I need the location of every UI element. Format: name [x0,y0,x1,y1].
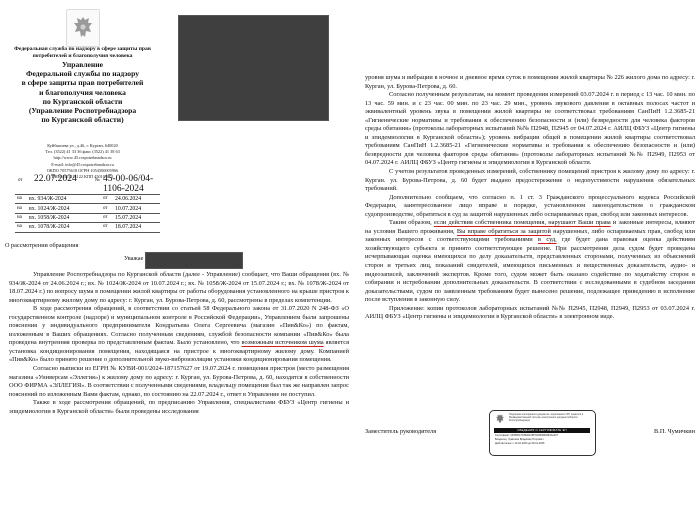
paragraph: В ходе рассмотрения обращений, в соответ… [9,305,349,365]
number-label: № [95,178,100,183]
coat-of-arms-icon [495,413,505,425]
letter-body-left: Управление Роспотребнадзора по Курганско… [9,271,349,416]
paragraph: Управление Роспотребнадзора по Курганско… [9,271,349,305]
signatory-name: В.П. Чумичкин [654,428,695,435]
redacted-recipient-block [178,15,329,121]
incoming-from-label: от [101,223,113,232]
org-line: (Управление Роспотребнадзора [5,106,160,115]
incoming-ref: вх. 1058/Ж-2024 [27,213,101,222]
incoming-references: на вх. 934/Ж-2024 от 24.06.2024 на вх. 1… [15,194,160,233]
incoming-from-label: от [101,204,113,213]
incoming-row: на вх. 1024/Ж-2024 от 10.07.2024 [15,204,160,213]
signature-block: Заместитель руководителя Подлинник элект… [365,405,695,457]
letter-body-right: уровня шума и вибрации в ночное и дневно… [365,74,695,322]
org-line: Федеральной службы по надзору [5,69,160,78]
paragraph: уровня шума и вибрации в ночное и дневно… [365,74,695,91]
paragraph: Приложение: копии протоколов лабораторны… [365,305,695,322]
org-line: в сфере защиты прав потребителей [5,78,160,87]
incoming-row: на вх. 1078/Ж-2024 от 18.07.2024 [15,223,160,232]
paragraph: Согласно полученным результатам, на моме… [365,91,695,168]
underlined-phrase: если действия собственника помещения, на… [434,219,611,226]
outgoing-number: 45-00-06/04-1106-2024 [103,174,160,194]
incoming-prefix: на [15,223,27,232]
outgoing-date: 22.07.2024 [34,174,77,184]
date-label: от [18,178,23,183]
paragraph: Также в ходе рассмотрения обращений, по … [9,399,349,416]
sender-organization: Федеральная служба по надзору в сфере за… [5,46,160,124]
text-run: где будет дана правовая оценка действиям… [365,236,695,303]
incoming-date: 15.07.2024 [113,213,160,222]
incoming-row: на вх. 1058/Ж-2024 от 15.07.2024 [15,213,160,222]
coat-of-arms-icon [66,9,100,47]
underlined-phrase: в суд, [538,236,557,243]
incoming-date: 24.06.2024 [113,195,160,204]
incoming-from-label: от [101,195,113,204]
text-run: Таким образом, [389,219,434,226]
signatory-title: Заместитель руководителя [365,428,436,435]
letter-page-right: уровня шума и вибрации в ночное и дневно… [350,0,700,512]
org-line: по Курганской области [5,97,160,106]
certificate-validity: Действителен: с 19-10-2023 до 08-01-2025 [495,442,591,446]
stamp-certificate-bar: СВЕДЕНИЯ О СЕРТИФИКАТЕ ЭП [494,428,590,433]
incoming-prefix: на [15,195,27,204]
org-line: и благополучия человека [5,88,160,97]
incoming-date: 18.07.2024 [113,223,160,232]
incoming-ref: вх. 934/Ж-2024 [27,195,101,204]
stamp-details: Сертификат: 009365C793600108570A5808D483… [495,434,591,446]
incoming-row: на вх. 934/Ж-2024 от 24.06.2024 [15,195,160,204]
incoming-ref: вх. 1024/Ж-2024 [27,204,101,213]
paragraph: С учетом результатов проведенных измерен… [365,168,695,194]
outgoing-registration: от 22.07.2024 № 45-00-06/04-1106-2024 [15,175,160,186]
electronic-signature-stamp: Подлинник электронного документа, подпис… [489,410,596,456]
underlined-phrase: Вы вправе обратиться за защитой [457,228,551,235]
paragraph: Таким образом, если действия собственник… [365,219,695,304]
incoming-from-label: от [101,213,113,222]
paragraph: Согласно выписки из ЕГРН № КУВИ-001/2024… [9,365,349,399]
redacted-recipient-name [145,252,243,269]
org-line: Управление [5,60,160,69]
incoming-prefix: на [15,213,27,222]
incoming-ref: вх. 1078/Ж-2024 [27,223,101,232]
greeting: Уважае [124,255,143,262]
underlined-phrase: возможным источником шума [242,339,324,346]
stamp-header: Подлинник электронного документа, подпис… [509,413,591,422]
org-line: по Курганской области) [5,115,160,124]
incoming-prefix: на [15,204,27,213]
paragraph: Дополнительно сообщаем, что согласно п. … [365,194,695,220]
org-federal-service: Федеральная служба по надзору в сфере за… [5,46,160,60]
letter-subject: О рассмотрении обращения [5,242,78,249]
incoming-date: 10.07.2024 [113,204,160,213]
